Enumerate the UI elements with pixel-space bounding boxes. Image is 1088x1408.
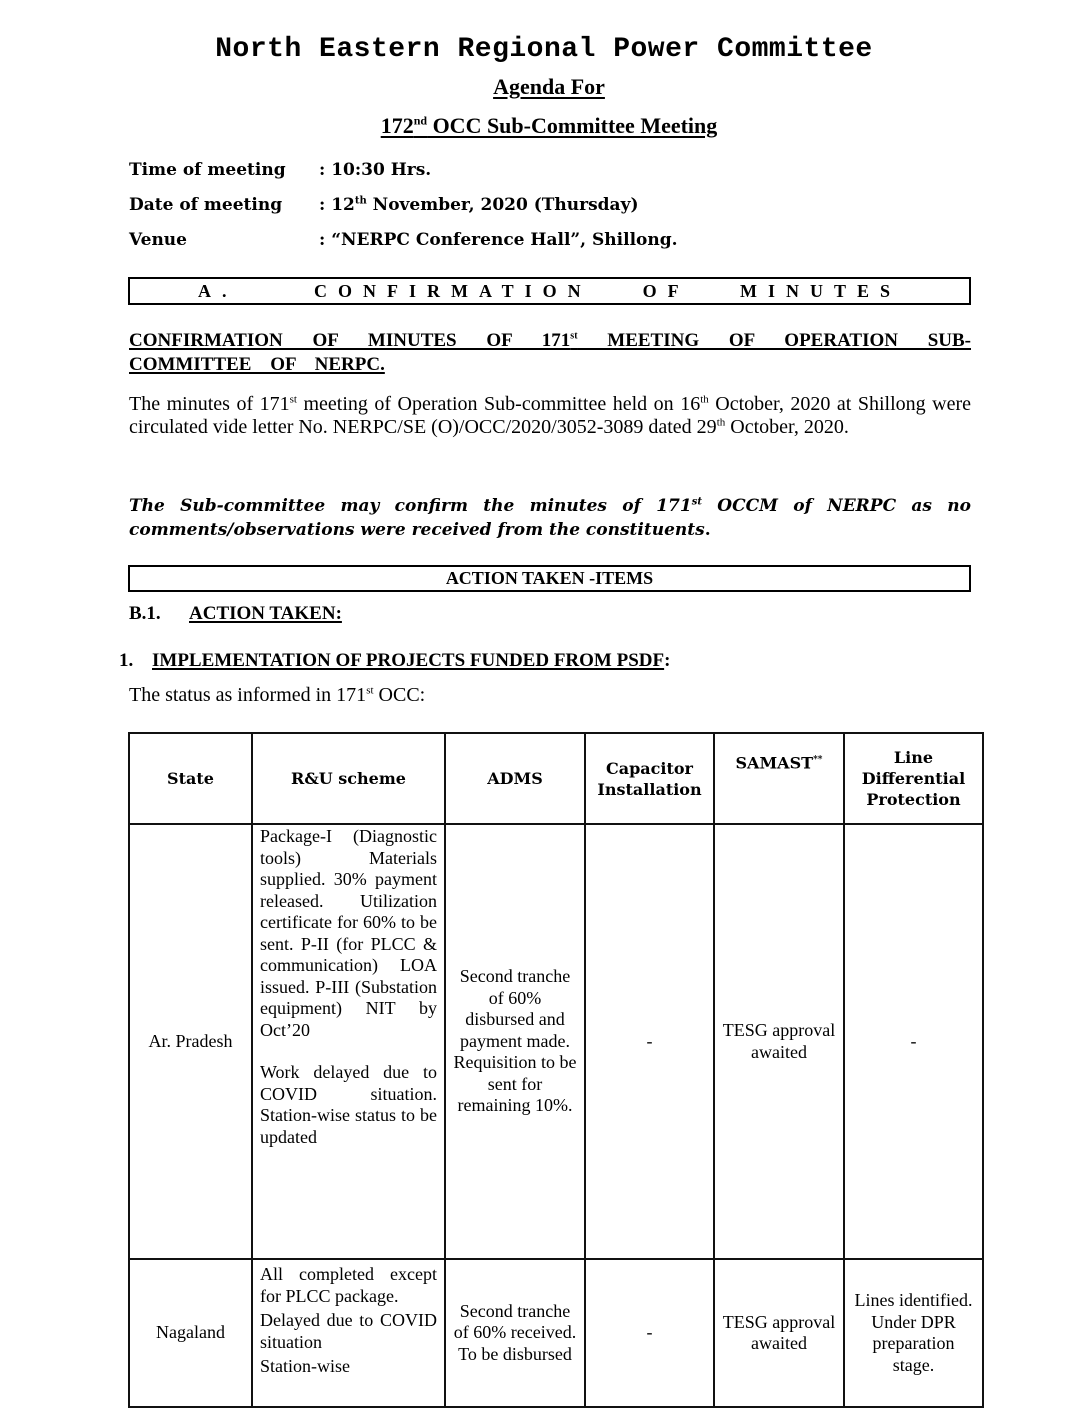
table-row: Ar. Pradesh Package-I (Diagnostic tools)…	[129, 824, 983, 1259]
time-label: Time of meeting	[129, 160, 319, 180]
venue-value: : “NERPC Conference Hall”, Shillong.	[319, 230, 678, 250]
action-taken-banner: ACTION TAKEN -ITEMS	[128, 565, 971, 592]
time-value: : 10:30 Hrs.	[319, 160, 431, 180]
cell-adms: Second tranche of 60% received. To be di…	[445, 1259, 585, 1407]
date-value: : 12th November, 2020 (Thursday)	[319, 195, 638, 215]
header-samast: SAMAST**	[714, 733, 844, 824]
meeting-title: 172nd OCC Sub-Committee Meeting	[0, 113, 1088, 139]
cell-adms: Second tranche of 60% disbursed and paym…	[445, 824, 585, 1259]
header-line-differential: Line Differential Protection	[844, 733, 983, 824]
item1-title: IMPLEMENTATION OF PROJECTS FUNDED FROM P…	[152, 650, 664, 671]
cell-samast: TESG approval awaited	[714, 1259, 844, 1407]
cell-line-differential: Lines identified. Under DPR preparation …	[844, 1259, 983, 1407]
header-adms: ADMS	[445, 733, 585, 824]
cell-line-differential: -	[844, 824, 983, 1259]
resolution-text: The Sub-committee may confirm the minute…	[129, 494, 971, 542]
cell-state: Nagaland	[129, 1259, 252, 1407]
item1-heading: 1.IMPLEMENTATION OF PROJECTS FUNDED FROM…	[119, 650, 670, 672]
meeting-date-row: Date of meeting: 12th November, 2020 (Th…	[129, 195, 638, 215]
b1-number: B.1.	[129, 603, 189, 625]
cell-capacitor: -	[585, 824, 714, 1259]
venue-label: Venue	[129, 230, 319, 250]
cell-state: Ar. Pradesh	[129, 824, 252, 1259]
b1-heading: B.1.ACTION TAKEN:	[129, 603, 342, 625]
date-label: Date of meeting	[129, 195, 319, 215]
psdf-status-table: State R&U scheme ADMS Capacitor Installa…	[128, 732, 984, 1408]
b1-title: ACTION TAKEN:	[189, 603, 342, 624]
agenda-label: Agenda For	[0, 74, 1088, 100]
meeting-venue-row: Venue: “NERPC Conference Hall”, Shillong…	[129, 230, 678, 250]
section-a-banner: A. CONFIRMATION OF MINUTES	[128, 277, 971, 305]
header-capacitor: Capacitor Installation	[585, 733, 714, 824]
table-row: Nagaland All completed except for PLCC p…	[129, 1259, 983, 1407]
cell-capacitor: -	[585, 1259, 714, 1407]
cell-ru-scheme: All completed except for PLCC package. D…	[252, 1259, 445, 1407]
item1-number: 1.	[119, 650, 152, 672]
status-intro: The status as informed in 171st OCC:	[129, 684, 425, 707]
cell-ru-scheme: Package-I (Diagnostic tools) Materials s…	[252, 824, 445, 1259]
header-state: State	[129, 733, 252, 824]
section-a-heading: CONFIRMATION OF MINUTES OF 171st MEETING…	[129, 329, 971, 377]
table-header-row: State R&U scheme ADMS Capacitor Installa…	[129, 733, 983, 824]
minutes-paragraph: The minutes of 171st meeting of Operatio…	[129, 393, 971, 439]
meeting-time-row: Time of meeting: 10:30 Hrs.	[129, 160, 431, 180]
document-title: North Eastern Regional Power Committee	[0, 34, 1088, 65]
header-ru-scheme: R&U scheme	[252, 733, 445, 824]
cell-samast: TESG approval awaited	[714, 824, 844, 1259]
